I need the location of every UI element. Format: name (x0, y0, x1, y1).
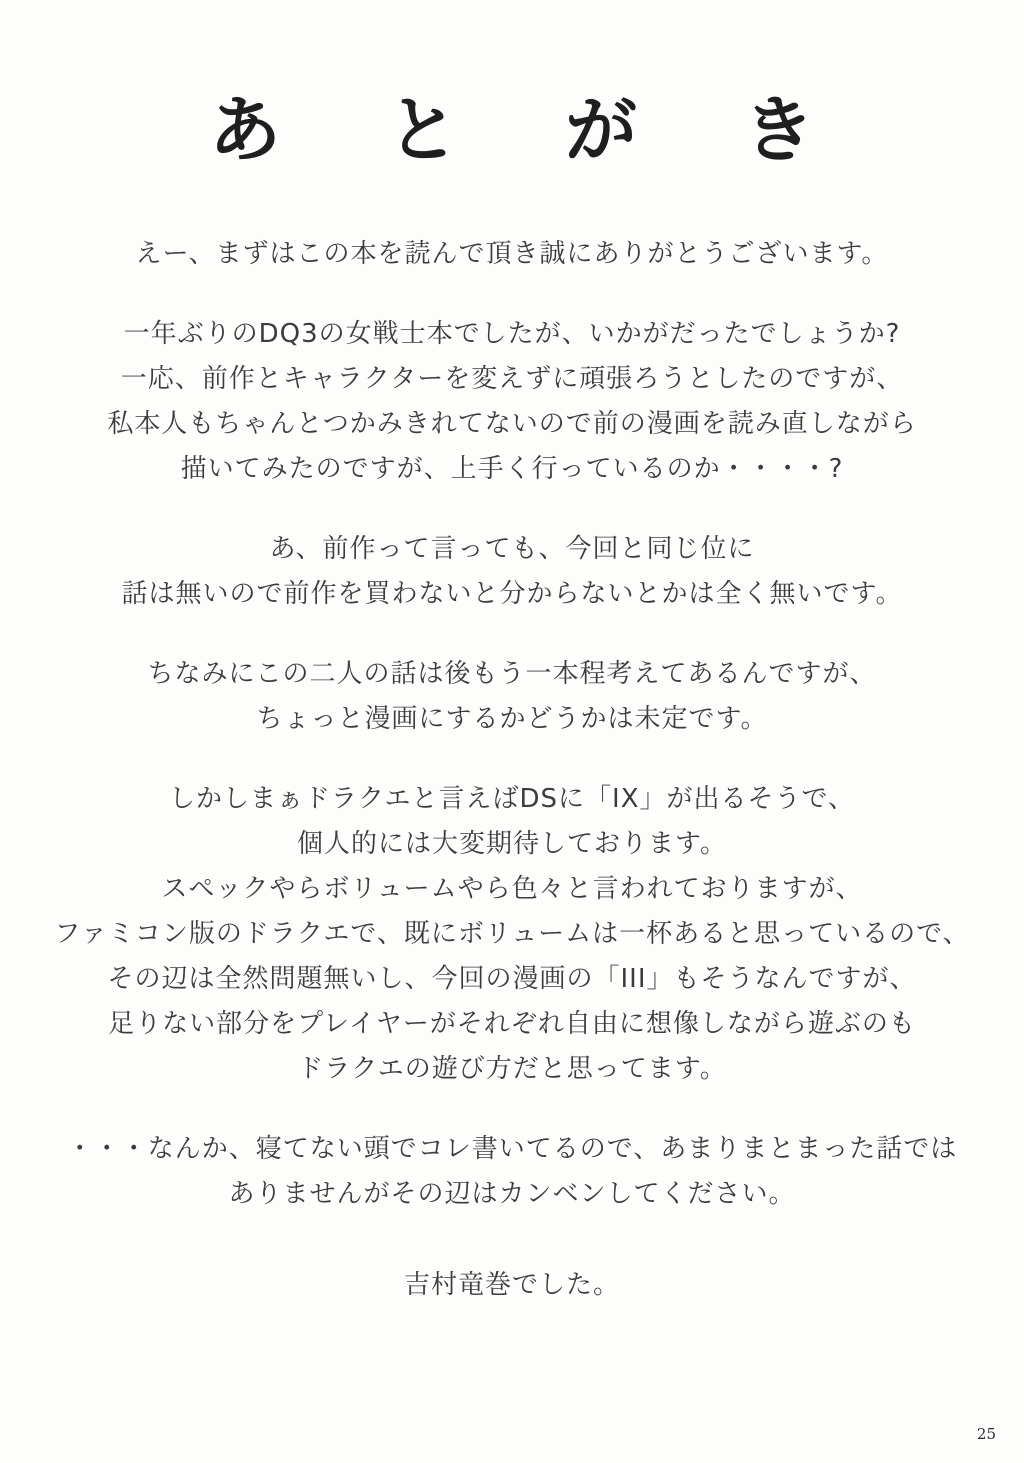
paragraph-apology: ・・・なんか、寝てない頭でコレ書いてるので、あまりまとまった話では ありませんが… (0, 1127, 1024, 1217)
text-line: ファミコン版のドラクエで、既にボリュームは一杯あると思っているので、 (0, 912, 1024, 957)
text-line: 一年ぶりのDQ3の女戦士本でしたが、いかがだったでしょうか? (0, 312, 1024, 357)
text-line: 話は無いので前作を買わないと分からないとかは全く無いです。 (0, 572, 1024, 617)
text-line: しかしまぁドラクエと言えばDSに「IX」が出るそうで、 (0, 777, 1024, 822)
page-number: 25 (977, 1425, 996, 1443)
text-line: スペックやらボリュームやら色々と言われておりますが、 (0, 867, 1024, 912)
text-line: 私本人もちゃんとつかみきれてないので前の漫画を読み直しながら (0, 402, 1024, 447)
text-line: その辺は全然問題無いし、今回の漫画の「III」もそうなんですが、 (0, 957, 1024, 1002)
paragraph-one-year: 一年ぶりのDQ3の女戦士本でしたが、いかがだったでしょうか? 一応、前作とキャラ… (0, 312, 1024, 492)
paragraph-dragon-quest: しかしまぁドラクエと言えばDSに「IX」が出るそうで、 個人的には大変期待してお… (0, 777, 1024, 1092)
text-line: ドラクエの遊び方だと思ってます。 (0, 1047, 1024, 1092)
afterword-body: えー、まずはこの本を読んで頂き誠にありがとうございます。 一年ぶりのDQ3の女戦… (0, 232, 1024, 1308)
paragraph-previous-work: あ、前作って言っても、今回と同じ位に 話は無いので前作を買わないと分からないとか… (0, 527, 1024, 617)
text-line: ちなみにこの二人の話は後もう一本程考えてあるんですが、 (0, 652, 1024, 697)
signature: 吉村竜巻でした。 (0, 1263, 1024, 1308)
text-line: えー、まずはこの本を読んで頂き誠にありがとうございます。 (0, 232, 1024, 277)
text-line: 個人的には大変期待しております。 (0, 822, 1024, 867)
text-line: 描いてみたのですが、上手く行っているのか・・・・? (0, 447, 1024, 492)
paragraph-thanks: えー、まずはこの本を読んで頂き誠にありがとうございます。 (0, 232, 1024, 277)
text-line: 一応、前作とキャラクターを変えずに頑張ろうとしたのですが、 (0, 357, 1024, 402)
afterword-page: あとがき えー、まずはこの本を読んで頂き誠にありがとうございます。 一年ぶりのD… (0, 0, 1024, 1463)
text-line: あ、前作って言っても、今回と同じ位に (0, 527, 1024, 572)
text-line: ありませんがその辺はカンベンしてください。 (0, 1172, 1024, 1217)
text-line: 足りない部分をプレイヤーがそれぞれ自由に想像しながら遊ぶのも (0, 1002, 1024, 1047)
text-line: ・・・なんか、寝てない頭でコレ書いてるので、あまりまとまった話では (0, 1127, 1024, 1172)
paragraph-next-story: ちなみにこの二人の話は後もう一本程考えてあるんですが、 ちょっと漫画にするかどう… (0, 652, 1024, 742)
page-title: あとがき (0, 0, 1024, 176)
text-line: ちょっと漫画にするかどうかは未定です。 (0, 697, 1024, 742)
